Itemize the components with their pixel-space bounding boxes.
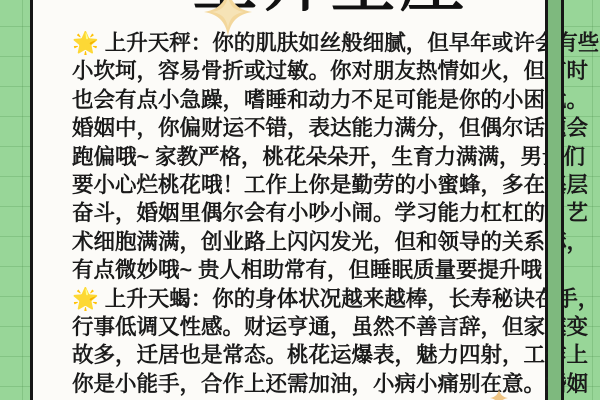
body-text: 🌟 上升天秤：你的肌肤如丝般细腻，但早年或许会有些 小坎坷，容易骨折或过敏。你对… <box>72 29 577 398</box>
body-line: 行事低调又性感。财运亨通，虽然不善言辞，但家庭变 <box>72 313 577 341</box>
body-line: 术细胞满满，创业路上闪闪发光，但和领导的关系嘛， <box>72 228 577 256</box>
body-line: 🌟 上升天秤：你的肌肤如丝般细腻，但早年或许会有些 <box>72 29 577 57</box>
body-line: 跑偏哦~ 家教严格，桃花朵朵开，生育力满满，男士们 <box>72 143 577 171</box>
body-line: 要小心烂桃花哦！工作上你是勤劳的小蜜蜂，多在基层 <box>72 171 577 199</box>
body-line: 小坎坷，容易骨折或过敏。你对朋友热情如火，但有时 <box>72 57 577 85</box>
body-line: 婚姻中，你偏财运不错，表达能力满分，但偶尔话题会 <box>72 114 577 142</box>
white-page: 上升星座 🌟 上升天秤：你的肌肤如丝般细腻，但早年或许会有些 小坎坷，容易骨折或… <box>30 0 548 400</box>
body-line: 奋斗，婚姻里偶尔会有小吵小闹。学习能力杠杠的，艺 <box>72 199 577 227</box>
body-line: 🌟 上升天蝎：你的身体状况越来越棒，长寿秘诀在手， <box>72 285 577 313</box>
body-line: 也会有点小急躁，嗜睡和动力不足可能是你的小困扰。 <box>72 86 577 114</box>
body-line: 有点微妙哦~ 贵人相助常有，但睡眠质量要提升哦！ <box>72 256 577 284</box>
sparkle-icon <box>490 389 508 400</box>
body-line: 故多，迁居也是常态。桃花运爆表，魅力四射，工作上 <box>72 341 577 369</box>
sparkle-icon <box>204 0 252 36</box>
page-spine-strip <box>548 0 564 400</box>
